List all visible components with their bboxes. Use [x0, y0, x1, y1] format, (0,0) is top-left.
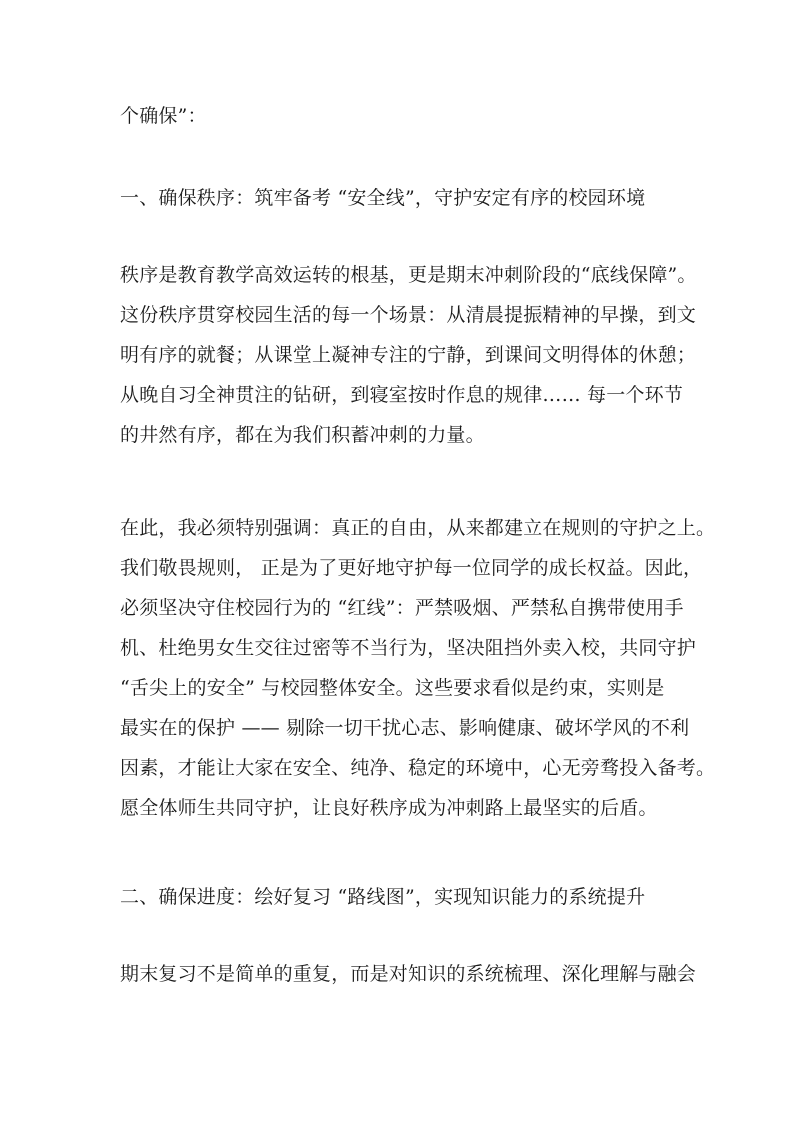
paragraph-1-line: 的井然有序，都在为我们积蓄冲刺的力量。	[120, 423, 485, 447]
paragraph-1-line: 明有序的就餐；从课堂上凝神专注的宁静，到课间文明得体的休憩；	[120, 343, 696, 367]
paragraph-2-line: 在此，我必须特别强调：真正的自由，从来都建立在规则的守护之上。	[120, 516, 715, 540]
heading-section-1: 一、确保秩序：筑牢备考 “安全线”，守护安定有序的校园环境	[120, 186, 645, 210]
paragraph-1-line: 秩序是教育教学高效运转的根基，更是期末冲刺阶段的“底线保障”。	[120, 263, 697, 287]
paragraph-2-line: 必须坚决守住校园行为的 “红线”：严禁吸烟、严禁私自携带使用手	[120, 596, 684, 620]
paragraph-1-line: 从晚自习全神贯注的钻研，到寝室按时作息的规律…… 每一个环节	[120, 383, 683, 407]
heading-section-2: 二、确保进度：绘好复习 “路线图”，实现知识能力的系统提升	[120, 885, 645, 909]
paragraph-2-line: 最实在的保护 —— 剔除一切干扰心志、影响健康、破坏学风的不利	[120, 716, 689, 740]
paragraph-2-line: 愿全体师生共同守护，让良好秩序成为冲刺路上最坚实的后盾。	[120, 796, 658, 820]
paragraph-3-line: 期末复习不是简单的重复，而是对知识的系统梳理、深化理解与融会	[120, 962, 696, 986]
paragraph-2-line: 机、杜绝男女生交往过密等不当行为，坚决阻挡外卖入校，共同守护	[120, 636, 696, 660]
paragraph-2-line: 因素，才能让大家在安全、纯净、稳定的环境中，心无旁骛投入备考。	[120, 756, 715, 780]
paragraph-1-line: 这份秩序贯穿校园生活的每一个场景：从清晨提振精神的早操，到文	[120, 303, 696, 327]
paragraph-2-line: 我们敬畏规则， 正是为了更好地守护每一位同学的成长权益。因此，	[120, 556, 702, 580]
intro-line: 个确保”：	[120, 104, 207, 128]
paragraph-2-line: “舌尖上的安全” 与校园整体安全。这些要求看似是约束，实则是	[120, 676, 664, 700]
